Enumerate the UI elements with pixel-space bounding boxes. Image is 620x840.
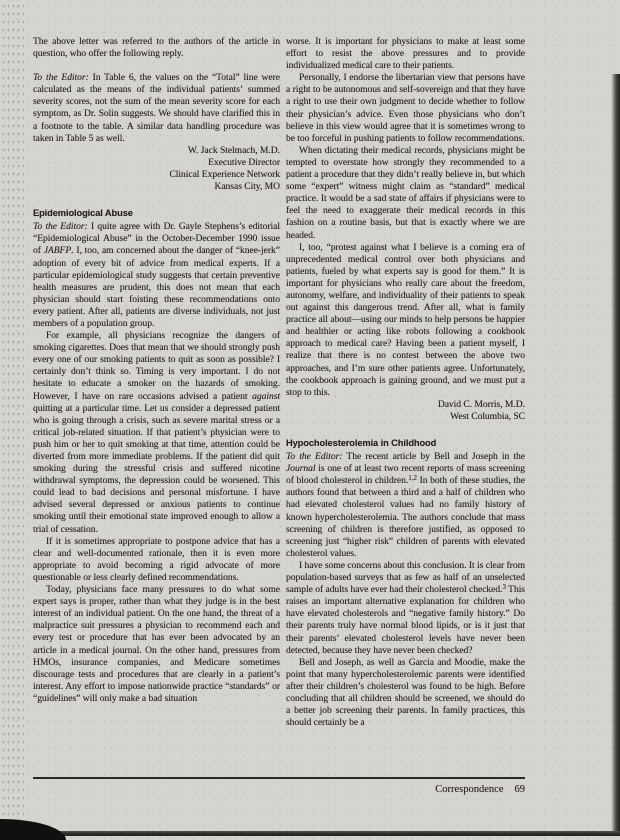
paragraph: For example, all physicians recognize th… [33, 330, 280, 536]
paragraph: The above letter was referred to the aut… [33, 36, 280, 60]
paragraph: Bell and Joseph, as well as Garcia and M… [286, 657, 525, 730]
signature-line: West Columbia, SC [286, 411, 525, 423]
italic-text: To the Editor: [33, 221, 88, 232]
italic-text: Journal [286, 463, 316, 474]
paragraph: Personally, I endorse the libertarian vi… [286, 72, 525, 145]
footer-section-label: Correspondence [435, 784, 503, 795]
signature-line: W. Jack Stelmach, M.D. [33, 145, 280, 157]
paragraph: Today, physicians face many pressures to… [33, 584, 280, 705]
body-text: . I, too, am concerned about the danger … [33, 245, 280, 329]
body-text: In both of these studies, the authors fo… [286, 475, 525, 559]
paragraph: To the Editor: I quite agree with Dr. Ga… [33, 221, 280, 330]
signature-line: David C. Morris, M.D. [286, 399, 525, 411]
paragraph: When dictating their medical records, ph… [286, 145, 525, 242]
section-heading: Hypocholesterolemia in Childhood [286, 437, 525, 449]
italic-text: against [252, 391, 280, 402]
left-scan-speckle [0, 0, 24, 840]
reference-superscript: 1,2 [408, 474, 417, 482]
paragraph: worse. It is important for physicians to… [286, 36, 525, 72]
reference-superscript: 3 [502, 583, 506, 591]
body-text: When dictating their medical records, ph… [286, 145, 525, 241]
body-text: quitting at a particular time. Let us co… [33, 403, 280, 535]
footer-rule [33, 777, 525, 779]
paragraph: I, too, “protest against what I believe … [286, 242, 525, 399]
body-text: worse. It is important for physicians to… [286, 36, 525, 71]
italic-text: To the Editor: [33, 72, 89, 83]
paragraph: If it is sometimes appropriate to postpo… [33, 536, 280, 584]
body-text: For example, all physicians recognize th… [33, 330, 280, 401]
page-footer: Correspondence69 [286, 784, 525, 795]
signature-block: David C. Morris, M.D.West Columbia, SC [286, 399, 525, 423]
signature-line: Kansas City, MO [33, 181, 280, 193]
body-text: Today, physicians face many pressures to… [33, 584, 280, 704]
signature-block: W. Jack Stelmach, M.D.Executive Director… [33, 145, 280, 193]
section-heading: Epidemiological Abuse [33, 207, 280, 219]
italic-text: To the Editor: [286, 451, 342, 462]
footer-page-number: 69 [515, 784, 526, 795]
body-text: Bell and Joseph, as well as Garcia and M… [286, 657, 525, 728]
body-text: I, too, “protest against what I believe … [286, 242, 525, 398]
body-text: The recent article by Bell and Joseph in… [342, 451, 525, 462]
left-column: The above letter was referred to the aut… [33, 36, 280, 705]
right-page-edge-shadow [611, 74, 620, 836]
body-text: If it is sometimes appropriate to postpo… [33, 536, 280, 583]
body-text: The above letter was referred to the aut… [33, 36, 280, 59]
right-column: worse. It is important for physicians to… [286, 36, 525, 729]
bottom-left-corner-shadow [0, 819, 66, 840]
paragraph: To the Editor: In Table 6, the values on… [33, 72, 280, 145]
bottom-page-edge-shadow [0, 831, 620, 836]
italic-text: JABFP [44, 245, 71, 256]
scanned-journal-page: The above letter was referred to the aut… [0, 0, 620, 840]
body-text: I have some concerns about this conclusi… [286, 560, 525, 595]
signature-line: Executive Director [33, 157, 280, 169]
body-text: Personally, I endorse the libertarian vi… [286, 72, 525, 143]
paragraph: To the Editor: The recent article by Bel… [286, 451, 525, 560]
paragraph: I have some concerns about this conclusi… [286, 560, 525, 657]
signature-line: Clinical Experience Network [33, 169, 280, 181]
